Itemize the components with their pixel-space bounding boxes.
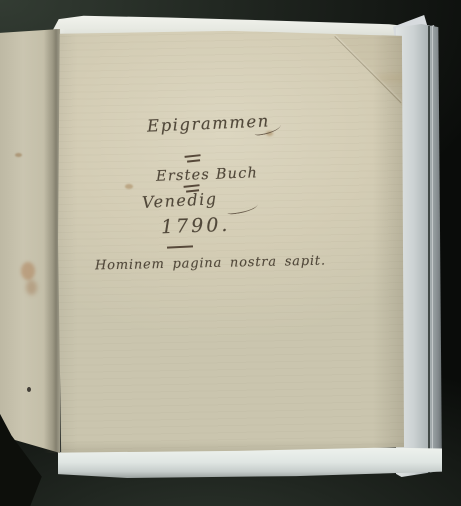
rule-divider xyxy=(167,245,193,248)
pen-flourish xyxy=(227,202,259,215)
handwritten-year: 1790. xyxy=(161,214,231,238)
foxing-stain xyxy=(26,280,37,295)
sewing-hole xyxy=(27,387,31,392)
manuscript-photo: Epigrammen Erstes Buch Venedig 1790. Hom… xyxy=(0,0,461,506)
title-page: Epigrammen Erstes Buch Venedig 1790. Hom… xyxy=(57,30,404,453)
double-rule-divider xyxy=(185,154,202,166)
handwritten-motto: Hominem pagina nostra sapit. xyxy=(95,254,326,274)
handwritten-place: Venedig xyxy=(142,189,218,212)
foxing-spot xyxy=(125,184,133,189)
handwritten-book-number: Erstes Buch xyxy=(156,165,259,185)
foxing-stain xyxy=(21,262,35,280)
foxing-spot xyxy=(15,153,22,157)
page-separation-line xyxy=(428,26,430,474)
page-edge-highlight xyxy=(432,26,433,470)
handwritten-title: Epigrammen xyxy=(147,111,271,135)
corner-crease-shading xyxy=(325,30,404,108)
